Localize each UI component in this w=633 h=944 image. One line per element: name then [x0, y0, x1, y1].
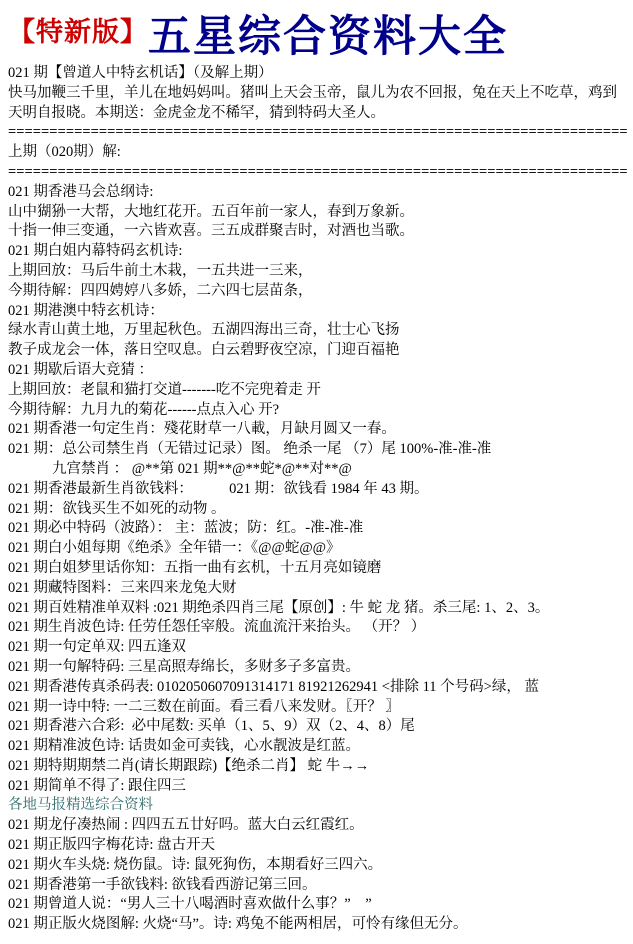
text-line: 021 期正版火烧图解: 火烧“马”。诗: 鸡兔不能两相居，可怜有缘但无分。	[8, 915, 627, 935]
separator-line: ========================================…	[8, 123, 627, 143]
separator-line: ========================================…	[8, 163, 627, 183]
text-line: 021 期一句解特码: 三星高照寿绵长，多财多子多富贵。	[8, 658, 627, 678]
text-line: 021 期【曾道人中特玄机话】（及解上期）	[8, 64, 627, 84]
text-line: 021 期香港传真杀码表: 0102050607091314171 819212…	[8, 678, 627, 698]
text-line: 021 期港澳中特玄机诗：	[8, 302, 627, 322]
text-line: 021 期百姓精准单双料 :021 期绝杀四肖三尾【原创】: 牛 蛇 龙 猪。杀…	[8, 599, 627, 619]
text-line: 021 期正版四字梅花诗: 盘古开天	[8, 836, 627, 856]
text-line: 021 期简单不得了: 跟住四三	[8, 777, 627, 797]
text-line: 快马加鞭三千里，羊儿在地妈妈叫。猪叫上天会玉帝，鼠儿为农不回报，兔在天上不吃草，…	[8, 84, 627, 124]
text-line: 九宫禁肖 ： @**第 021 期**@**蛇*@**对**@	[8, 460, 627, 480]
text-line: 今期待解：四四娉婷八多娇，二六四七层苗条，	[8, 282, 627, 302]
text-line: 上期回放：马后牛前土木栽，一五共进一三来，	[8, 262, 627, 282]
section-heading: 各地马报精选综合资料	[8, 796, 627, 816]
content-lines: 021 期【曾道人中特玄机话】（及解上期）快马加鞭三千里，羊儿在地妈妈叫。猪叫上…	[8, 64, 627, 935]
text-line: 021 期特期期禁二肖(请长期跟踪)【绝杀二肖】 蛇 牛→→	[8, 757, 627, 777]
text-line: 山中猢狲一大帮，大地红花开。五百年前一家人，春到万象新。	[8, 203, 627, 223]
text-line: 021 期白姐梦里话你知：五指一曲有玄机，十五月亮如镜磨	[8, 559, 627, 579]
text-line: 021 期白姐内幕特码玄机诗:	[8, 242, 627, 262]
text-line: 021 期龙仔凑热闹 : 四四五五廿好吗。蓝大白云红霞红。	[8, 816, 627, 836]
text-line: 上期（020期）解:	[8, 143, 627, 163]
text-line: 021 期香港马会总纲诗:	[8, 183, 627, 203]
text-line: 021 期：欲钱买生不如死的动物 。	[8, 500, 627, 520]
text-line: 021 期香港最新生肖欲钱料： 021 期：欲钱看 1984 年 43 期。	[8, 480, 627, 500]
text-line: 021 期香港第一手欲钱料: 欲钱看西游记第三回。	[8, 876, 627, 896]
text-line: 绿水青山黄土地，万里起秋色。五湖四海出三奇，壮士心飞扬	[8, 321, 627, 341]
text-line: 021 期香港六合彩: 必中尾数: 买单（1、5、9）双（2、4、8）尾	[8, 717, 627, 737]
text-line: 021 期一诗中特: 一二三数在前面。看三看八来发财。〖开？ 〗	[8, 698, 627, 718]
text-line: 021 期生肖波色诗: 任劳任怨任宰般。流血流汗来抬头。 （开？ ）	[8, 618, 627, 638]
page-title: 【特新版】五星综合资料大全	[8, 3, 627, 61]
text-line: 今期待解：九月九的菊花------点点入心 开?	[8, 401, 627, 421]
text-line: 021 期火车头烧: 烧伤鼠。诗: 鼠死狗伤，本期看好三四六。	[8, 856, 627, 876]
text-line: 021 期香港一句定生肖：殘花財草一八載，月缺月圆又一春。	[8, 420, 627, 440]
text-line: 教子成龙会一体，落日空叹息。白云碧野夜空凉，门迎百福艳	[8, 341, 627, 361]
text-line: 上期回放：老鼠和猫打交道-------吃不完兜着走 开	[8, 381, 627, 401]
title-main: 五星综合资料大全	[148, 14, 508, 61]
text-line: 十指一伸三变通，一六皆欢喜。三五成群聚吉时，对酒也当歌。	[8, 222, 627, 242]
text-line: 021 期必中特码（波路）： 主：蓝波；防：红。-准-准-准	[8, 519, 627, 539]
text-line: 021 期曾道人说：“男人三十八喝酒时喜欢做什么事？” ”	[8, 895, 627, 915]
title-edition-tag: 【特新版】	[8, 17, 148, 47]
text-line: 021 期精准波色诗: 话贵如金可卖钱，心水靓波是红蓝。	[8, 737, 627, 757]
text-line: 021 期歇后语大竞猜 ：	[8, 361, 627, 381]
text-line: 021 期藏特图料：三来四来龙兔大财	[8, 579, 627, 599]
text-line: 021 期白小姐每期《绝杀》全年错一：《@@蛇@@》	[8, 539, 627, 559]
text-line: 021 期一句定单双: 四五逢双	[8, 638, 627, 658]
lottery-info-sheet: 【特新版】五星综合资料大全 021 期【曾道人中特玄机话】（及解上期）快马加鞭三…	[0, 0, 633, 935]
text-line: 021 期：总公司禁生肖（无错过记录）图。 绝杀一尾 （7）尾 100%-准-准…	[8, 440, 627, 460]
